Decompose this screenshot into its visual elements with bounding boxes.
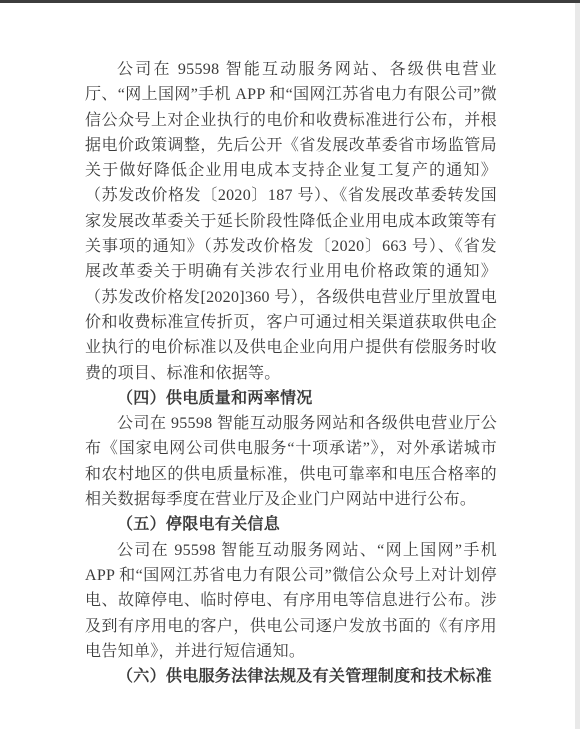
heading-section-4-power-quality: （四）供电质量和两率情况 — [85, 386, 497, 411]
scan-right-edge-strip — [575, 3, 580, 729]
paragraph-power-quality: 公司在 95598 智能互动服务网站和各级供电营业厅公布《国家电网公司供电服务“… — [85, 411, 497, 512]
paragraph-tariff-publication: 公司在 95598 智能互动服务网站、各级供电营业厅、“网上国网”手机 APP … — [85, 57, 497, 386]
document-page: 公司在 95598 智能互动服务网站、各级供电营业厅、“网上国网”手机 APP … — [0, 0, 580, 729]
scan-top-edge-bar — [0, 0, 580, 3]
paragraph-outage-info: 公司在 95598 智能互动服务网站、“网上国网”手机 APP 和“国网江苏省电… — [85, 538, 497, 664]
document-body: 公司在 95598 智能互动服务网站、各级供电营业厅、“网上国网”手机 APP … — [85, 57, 497, 689]
heading-section-5-outage-info: （五）停限电有关信息 — [85, 512, 497, 537]
heading-section-6-laws-standards: （六）供电服务法律法规及有关管理制度和技术标准 — [85, 664, 497, 689]
